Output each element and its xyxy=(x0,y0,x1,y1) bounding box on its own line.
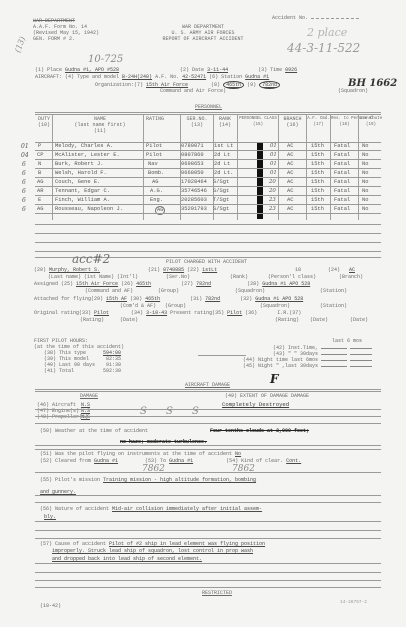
present-date-caption: (Date) xyxy=(310,317,328,323)
attached-squadron-label: (31) xyxy=(190,296,202,302)
damage-propellers: (48) Propeller(s)N.S xyxy=(37,414,109,420)
mission-line-1: Training mission - high altitude formati… xyxy=(103,477,256,483)
pilot-rank-value: 1stLt xyxy=(202,267,217,273)
row-name: Melody, Charles A. xyxy=(55,143,113,150)
row-rule xyxy=(35,159,381,160)
row-class: 20 xyxy=(269,188,276,195)
accident-no-field: Accident No. xyxy=(272,15,359,21)
row-rule xyxy=(35,186,381,187)
row-rule xyxy=(35,204,381,205)
nature-line-1: Mid-air collision immediately after init… xyxy=(112,506,262,512)
aircraft-row: AIRCRAFT: (4) Type and model B-24H(240) … xyxy=(35,74,269,80)
row-rank: S/Sgt xyxy=(213,206,229,213)
row-serial: 20285603 xyxy=(181,197,207,204)
command-caption: Command and Air Force) xyxy=(160,88,226,94)
attached-command-caption: (Com'd & AF) xyxy=(120,303,156,309)
weather-label: (50) Weather at the time of accident xyxy=(40,428,148,434)
pilot-serial-value: 0740885 xyxy=(163,267,184,273)
cleared-rule xyxy=(35,472,381,473)
cause-rule-4 xyxy=(35,587,381,588)
pilot-name-caption: (Last name) (1st Name) (Int'l) xyxy=(48,274,138,280)
attached-station-value: Gudna #1 APO 528 xyxy=(255,296,303,302)
damage-row-rule xyxy=(35,423,381,424)
row-rank: 2d Lt xyxy=(214,161,230,168)
row-rating: Eng. xyxy=(150,197,163,204)
row-chute: No xyxy=(362,152,368,159)
row-rating: AG xyxy=(152,179,158,186)
extent-value: Completely Destroyed xyxy=(222,401,289,408)
row-class: 01 xyxy=(270,170,277,177)
row-name: Burk, Robert J. xyxy=(55,161,104,168)
instruments-value: No xyxy=(235,451,255,457)
pilot-rank-label: (22) xyxy=(187,267,199,273)
time-label: (3) Time xyxy=(258,67,282,73)
cause-line-1: Pilot of #2 ship in lead element was fly… xyxy=(109,541,265,547)
attached-row: Attached for flying(29) 15th AF (30) 465… xyxy=(34,296,303,302)
row-handmark: 6 xyxy=(22,161,26,168)
personnel-section-title: PERSONNEL xyxy=(195,104,222,110)
hours-right-list: (42) Inst.Time, (43) " " 30days (44) Nig… xyxy=(228,345,372,369)
row-duty: AG xyxy=(37,179,43,186)
orig-date-label: (34) xyxy=(131,310,143,316)
pilot-serial-label: (21) xyxy=(148,267,160,273)
attached-station-label: (32) xyxy=(240,296,252,302)
nature-rule-2 xyxy=(35,530,381,531)
row-chute: No xyxy=(362,161,368,168)
assigned-station-caption: (Station) xyxy=(320,288,347,294)
row-rank: 1st Lt xyxy=(214,143,233,150)
handwritten-place-note: 2 place xyxy=(307,26,347,39)
mission-row: (55) Pilot's mission Training mission - … xyxy=(40,477,256,483)
row-af: 15th xyxy=(311,197,324,204)
assigned-squadron-label: (27) xyxy=(181,281,193,287)
row-result: Fatal xyxy=(334,170,350,177)
col-header-duty: DUTY (10) xyxy=(36,116,52,128)
pilot-branch-value: AC xyxy=(349,267,355,273)
weather-line-1: Four tenths clouds at 3,000 feet; xyxy=(210,428,309,434)
header-report-title: REPORT OF AIRCRAFT ACCIDENT xyxy=(148,36,258,42)
date-label: (2) Date xyxy=(180,67,204,73)
col-header-rank: RANK (14) xyxy=(214,116,236,128)
assigned-label: Assigned (25) xyxy=(34,281,73,287)
damage-rule-2 xyxy=(35,391,381,392)
header-left-block: WAR DEPARTMENT A.A.F. Form No. 14 (Revis… xyxy=(33,18,99,42)
cause-rule xyxy=(35,563,381,564)
header-gen-form: GEN. FORM # 2. xyxy=(33,36,99,42)
row-serial: 35746546 xyxy=(181,188,207,195)
present-date-label: (36) xyxy=(245,310,257,316)
row-rule xyxy=(35,177,381,178)
row-af: 15th xyxy=(311,170,324,177)
row-result: Fatal xyxy=(334,179,350,186)
row-rank: S/Sgt xyxy=(213,188,229,195)
place-label: (1) Place xyxy=(35,67,62,73)
empty-row-rule xyxy=(35,242,381,243)
af-no-value: 42-52471 xyxy=(182,74,206,80)
row-handmark: 6 xyxy=(22,197,26,204)
row-handmark: 6 xyxy=(22,170,26,177)
col-header-name: NAME (last name first) (11) xyxy=(60,116,140,134)
row-class: 01 xyxy=(270,161,277,168)
row-af: 15th xyxy=(311,206,324,213)
attached-group-caption: (Group) xyxy=(165,303,186,309)
row-duty: CP xyxy=(37,152,43,159)
night-30days: (45) Night " ,last 30days xyxy=(228,363,372,369)
row-duty: AG xyxy=(37,206,43,213)
instruments-label: (51) Was the pilot flying on instruments… xyxy=(40,451,232,457)
row-rating: Pilot xyxy=(146,152,162,159)
group-value: 465th xyxy=(223,81,244,89)
row-branch: AC xyxy=(287,143,293,150)
attached-command-value: 15th AF xyxy=(106,296,127,302)
orig-rating-value: Pilot xyxy=(94,310,128,316)
assigned-group-value: 465th xyxy=(136,281,178,287)
row-branch: AC xyxy=(287,188,293,195)
col-header-rank-num: (14) xyxy=(214,122,236,128)
row-class: 20 xyxy=(269,179,276,186)
row-result: Fatal xyxy=(334,188,350,195)
handwritten-accident-id: 44-3-11-522 xyxy=(287,41,360,55)
nature-label: (56) Nature of accident xyxy=(40,506,109,512)
row-chute: No xyxy=(362,206,368,213)
accident-no-label: Accident No. xyxy=(272,15,308,21)
squadron-value: 782nd xyxy=(259,81,280,89)
accident-report-page: WAR DEPARTMENT A.A.F. Form No. 14 (Revis… xyxy=(0,0,406,627)
attached-squadron-caption: (Squadron) xyxy=(260,303,290,309)
row-handmark: 6 xyxy=(22,179,26,186)
time-value: 0926 xyxy=(285,67,325,73)
row-name: Finch, William A. xyxy=(55,197,110,204)
row-branch: AC xyxy=(287,170,293,177)
damage-row-rule xyxy=(35,416,381,417)
row-class: 01 xyxy=(270,152,277,159)
clear-kind-value: Cont. xyxy=(286,458,301,464)
weather-rule xyxy=(35,445,381,446)
pilot-class-caption: (Person'l class) xyxy=(268,274,316,280)
col-header-serial-num: (13) xyxy=(182,122,212,128)
row-handmark: 6 xyxy=(22,188,26,195)
orig-date-value: 3-10-43 xyxy=(146,310,167,316)
pilot-branch-caption: (Branch) xyxy=(339,274,363,280)
row-rule xyxy=(35,213,381,214)
row-rating: A.G. xyxy=(150,188,163,195)
row-serial: 0668050 xyxy=(181,170,204,177)
cause-rule-2 xyxy=(35,572,381,573)
date-value: 3-11-44 xyxy=(207,67,255,73)
empty-row-rule xyxy=(35,224,381,225)
assigned-station-label: (28) xyxy=(247,281,259,287)
pilot-serial-caption: (Ser.No) xyxy=(166,274,190,280)
last-6-mos-label: last 6 mos xyxy=(332,338,362,344)
row-handmark: 01 xyxy=(21,143,29,150)
damage-rule xyxy=(35,389,381,390)
accident-no-value xyxy=(311,18,359,19)
station-value: Gudna #1 xyxy=(245,74,269,80)
classification-label: RESTRICTED xyxy=(202,590,232,596)
handwritten-acc-note: acc#2 xyxy=(72,252,110,266)
row-name: Couch, Gene E. xyxy=(55,179,100,186)
row-chute: No xyxy=(362,188,368,195)
mission-rule-2 xyxy=(35,502,381,503)
row-branch: AC xyxy=(287,206,293,213)
row-duty: P xyxy=(38,143,41,150)
col-header-serial: SER.NO. (13) xyxy=(182,116,212,128)
assigned-squadron-value: 782nd xyxy=(196,281,244,287)
row-rating: Nav xyxy=(148,161,158,168)
nature-rule xyxy=(35,521,381,522)
row-rank: S/Sgt xyxy=(213,179,229,186)
pilot-name-label: (20) xyxy=(34,267,46,273)
col-header-duty-num: (10) xyxy=(36,122,52,128)
row-rating: Pilot xyxy=(146,143,162,150)
place-value: Gudna #1, APO #528 xyxy=(65,67,177,73)
row-rule xyxy=(35,195,381,196)
col-header-class-num: (15) xyxy=(238,122,278,128)
col-header-class: PERSONNEL CLASS (15) xyxy=(238,116,278,128)
header-center-block: WAR DEPARTMENT U. S. ARMY AIR FORCES REP… xyxy=(148,24,258,42)
pilot-branch-label: (24) xyxy=(328,267,340,273)
pilot-section-title: PILOT CHARGED WITH ACCIDENT xyxy=(166,259,247,265)
cleared-from-label: (52) Cleared from xyxy=(40,458,91,464)
pilot-name-value: Murphy, Robert S. xyxy=(49,267,145,273)
damage-row-rule xyxy=(35,409,381,410)
aircraft-label: AIRCRAFT: (4) Type and model xyxy=(35,74,119,80)
row-af: 15th xyxy=(311,152,324,159)
type-model-value: B-24H(240) xyxy=(122,74,152,80)
organization-label: Organization:(7) xyxy=(95,82,143,88)
orig-rating-label: Original rating(33) xyxy=(34,310,91,316)
damage-list: (46) AircraftN.S (47) Engine(s)N.S (48) … xyxy=(37,402,109,420)
cause-line-2: improperly. Struck lead ship of squadron… xyxy=(52,548,253,554)
pilot-rank-caption: (Rank) xyxy=(230,274,248,280)
cleared-from-value: Gudna #1 xyxy=(94,458,142,464)
row-rule xyxy=(35,150,381,151)
col-header-chute-num: (19) xyxy=(359,122,383,128)
ir-label: I.R.(37) xyxy=(277,310,301,316)
assigned-station-value: Gudna #1 APO 528 xyxy=(262,281,310,287)
present-rating-label: Present rating(35) xyxy=(170,310,224,316)
row-chute: No xyxy=(362,197,368,204)
attached-station-caption: (Station) xyxy=(320,303,347,309)
nature-line-2: bly. xyxy=(44,514,56,520)
handwritten-f-mark: F xyxy=(270,372,279,386)
row-chute: No xyxy=(362,179,368,186)
row-rule xyxy=(35,168,381,169)
row-af: 15th xyxy=(311,161,324,168)
damage-label: (48) Propeller(s) xyxy=(37,414,81,420)
redaction-bar xyxy=(257,143,263,219)
cleared-to-value: Gudna #1 xyxy=(169,458,223,464)
assigned-row: Assigned (25) 15th Air Force (26) 465th … xyxy=(34,281,310,287)
extent-header: (49) EXTENT OF DAMAGE DAMAGE xyxy=(225,393,309,399)
row-result: Fatal xyxy=(334,206,350,213)
orig-rating-caption: (Rating) xyxy=(80,317,104,323)
row-class: 23 xyxy=(269,197,276,204)
orig-date-caption: (Date) xyxy=(120,317,138,323)
attached-group-value: 465th xyxy=(145,296,187,302)
print-stamp: 14-28757-2 xyxy=(340,600,367,606)
cleared-row: (52) Cleared from Gudna #1 (53) To Gudna… xyxy=(40,458,301,464)
form-date: (10-42) xyxy=(40,603,61,609)
row-serial: 35201793 xyxy=(181,206,207,213)
station-label: (6) Station xyxy=(209,74,242,80)
row-branch: AC xyxy=(287,152,293,159)
row-handmark: 6 xyxy=(22,206,26,213)
row-duty: E xyxy=(38,197,41,204)
row-af: 15th xyxy=(311,179,324,186)
instruments-row: (51) Was the pilot flying on instruments… xyxy=(40,451,255,457)
nature-rule-3 xyxy=(35,538,381,539)
pilot-class-value: 18 xyxy=(295,267,301,273)
damage-header: DAMAGE xyxy=(80,393,98,399)
hours-value: 592:30 xyxy=(91,368,121,374)
pilot-name-row: (20) Murphy, Robert S. (21) 0740885 (22)… xyxy=(34,267,217,273)
cause-rule-3 xyxy=(35,580,381,581)
attached-group-label: (30) xyxy=(130,296,142,302)
assigned-command-caption: (Command and AF) xyxy=(85,288,133,294)
weather-rule-2 xyxy=(35,449,381,450)
col-header-result: Res. to Personnel (18) xyxy=(331,116,358,128)
assigned-command-value: 15th Air Force xyxy=(76,281,118,287)
row-serial: 0789071 xyxy=(181,143,204,150)
cause-row: (57) Cause of accident Pilot of #2 ship … xyxy=(40,541,265,547)
row-af: 15th xyxy=(311,188,324,195)
handwritten-code: BH 1662 xyxy=(348,78,397,89)
row-af: 15th xyxy=(311,143,324,150)
hours-right-label: (45) Night " ,last 30days xyxy=(228,363,318,369)
col-header-rating: RATING xyxy=(146,116,164,122)
row-rank: 2d Lt xyxy=(214,152,230,159)
present-rating-caption: (Rating) xyxy=(275,317,299,323)
col-header-chute: Use Chute (19) xyxy=(359,116,383,128)
present-rating-value: Pilot xyxy=(227,310,242,316)
assigned-group-label: (26) xyxy=(121,281,133,287)
row-duty: N xyxy=(38,161,41,168)
row-name: Rousseau, Napoleon J. xyxy=(55,206,123,213)
place-row: (1) Place Gudna #1, APO #528 (2) Date 3-… xyxy=(35,67,325,73)
damage-section-title: AIRCRAFT DAMAGE xyxy=(185,382,230,388)
assigned-group-caption: (Group) xyxy=(158,288,179,294)
assigned-squadron-caption: (Squadron) xyxy=(235,288,265,294)
row-name: Tennant, Edgar C. xyxy=(55,188,110,195)
row-duty: B xyxy=(38,170,41,177)
row-branch: AC xyxy=(287,197,293,204)
cause-label: (57) Cause of accident xyxy=(40,541,106,547)
nature-row: (56) Nature of accident Mid-air collisio… xyxy=(40,506,262,512)
row-serial: 0807860 xyxy=(181,152,204,159)
squadron-label: (9) xyxy=(247,82,256,88)
col-header-result-num: (18) xyxy=(331,122,358,128)
row-result: Fatal xyxy=(334,197,350,204)
row-rank: 2d Lt. xyxy=(214,170,233,177)
hours-left-list: (38) This type 594:00 (39) This model 82… xyxy=(44,350,121,374)
row-result: Fatal xyxy=(334,161,350,168)
mission-rule xyxy=(35,495,381,496)
row-serial: 0698653 xyxy=(181,161,204,168)
row-name: Welsh, Harold F. xyxy=(55,170,107,177)
handwritten-side-note: (13) xyxy=(13,35,27,54)
row-handmark: 04 xyxy=(21,152,29,159)
col-header-af: A.F. Cmd. (17) xyxy=(307,116,330,128)
col-header-name-num: (11) xyxy=(60,128,140,134)
hours-total: (41) Total 592:30 xyxy=(44,368,121,374)
row-duty: AR xyxy=(37,188,43,195)
col-header-branch-num: (16) xyxy=(279,122,306,128)
row-branch: AC xyxy=(287,179,293,186)
mission-label: (55) Pilot's mission xyxy=(40,477,100,483)
ir-caption: (Date) xyxy=(350,317,368,323)
row-rating: Bomb. xyxy=(148,170,164,177)
af-no-label: A.F. No. xyxy=(155,74,179,80)
row-chute: No xyxy=(362,170,368,177)
row-result: Fatal xyxy=(334,143,350,150)
row-serial: 17028464 xyxy=(181,179,207,186)
hours-label: (41) Total xyxy=(44,368,88,374)
attached-squadron-value: 782nd xyxy=(205,296,237,302)
table-top-rule xyxy=(35,112,381,113)
row-class: 01 xyxy=(270,143,277,150)
col-header-branch: BRANCH (16) xyxy=(279,116,306,128)
empty-row-rule xyxy=(35,233,381,234)
row-class: 23 xyxy=(269,206,276,213)
rating-row: Original rating(33) Pilot (34) 3-10-43 P… xyxy=(34,310,301,316)
attached-label: Attached for flying(29) xyxy=(34,296,103,302)
damage-value: N.S xyxy=(81,414,109,420)
row-chute: No xyxy=(362,143,368,150)
cause-line-3: and dropped back into lead ship of secon… xyxy=(52,556,202,562)
row-branch: AC xyxy=(287,161,293,168)
row-name: McAlister, Lester E. xyxy=(55,152,120,159)
col-header-af-num: (17) xyxy=(307,122,330,128)
row-rank: T/Sgt xyxy=(213,197,229,204)
handwritten-file-no: 10-725 xyxy=(88,54,123,65)
row-result: Fatal xyxy=(334,152,350,159)
